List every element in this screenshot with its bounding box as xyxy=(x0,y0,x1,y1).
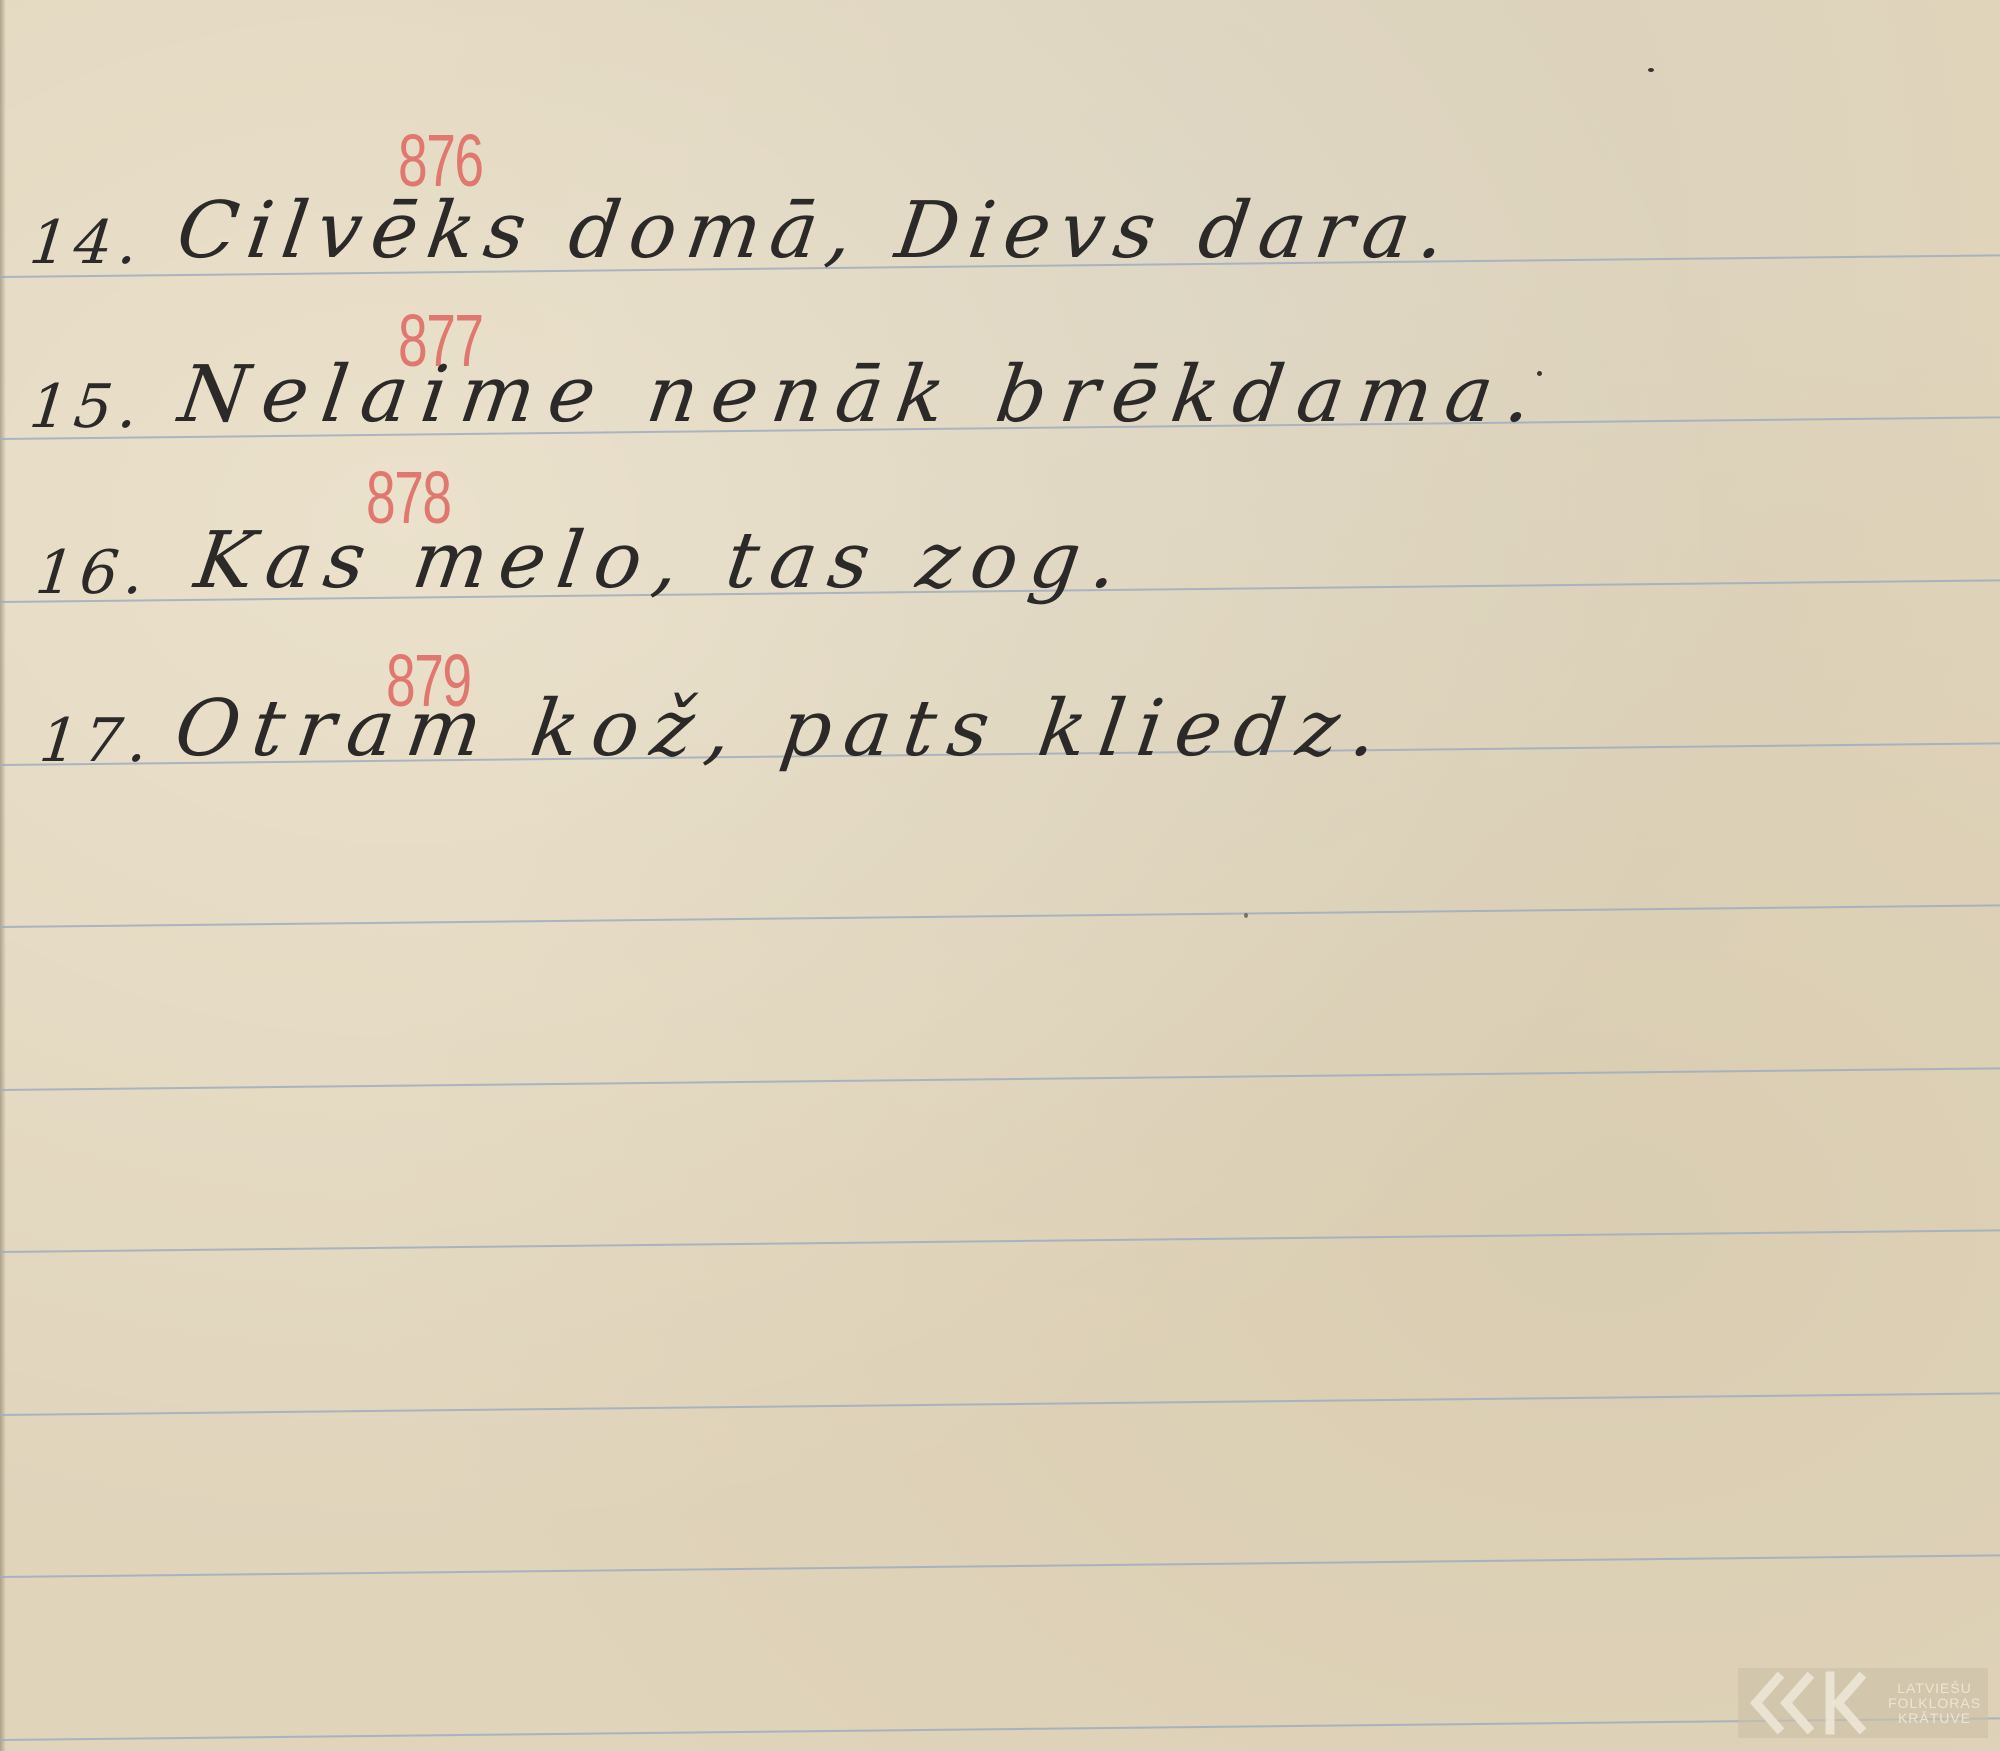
proverb-text: Cilvēks domā, Dievs dara. xyxy=(172,186,1461,276)
ruled-line xyxy=(0,904,2000,928)
proverb-text: Kas melo, tas zog. xyxy=(190,516,1135,606)
entry-number: 16. xyxy=(32,538,153,608)
ruled-line xyxy=(0,1717,2000,1741)
entry-number: 15. xyxy=(26,372,147,442)
archive-watermark: LATVIEŠU FOLKLORAS KRĀTUVE xyxy=(1738,1668,1988,1738)
ruled-line xyxy=(0,1067,2000,1091)
proverb-text: Otram kož, pats kliedz. xyxy=(170,684,1396,774)
lfk-chevron-logo-icon xyxy=(1738,1668,1888,1738)
notebook-page: 876 14. Cilvēks domā, Dievs dara. 877 15… xyxy=(0,0,2000,1751)
paper-speck xyxy=(1537,371,1542,376)
paper-speck xyxy=(1244,913,1248,918)
watermark-line-2: FOLKLORAS xyxy=(1888,1696,1981,1711)
entry-number: 14. xyxy=(26,208,147,278)
ruled-line xyxy=(0,1392,2000,1416)
proverb-text: Nelaime nenāk brēkdama. xyxy=(174,350,1552,440)
watermark-line-3: KRĀTUVE xyxy=(1888,1711,1981,1726)
watermark-line-1: LATVIEŠU xyxy=(1888,1681,1981,1696)
page-left-edge-shadow xyxy=(0,0,6,1751)
watermark-text: LATVIEŠU FOLKLORAS KRĀTUVE xyxy=(1888,1681,1981,1726)
paper-speck xyxy=(1648,68,1654,72)
ruled-line xyxy=(0,1229,2000,1253)
ruled-line xyxy=(0,1554,2000,1578)
entry-number: 17. xyxy=(36,706,157,776)
